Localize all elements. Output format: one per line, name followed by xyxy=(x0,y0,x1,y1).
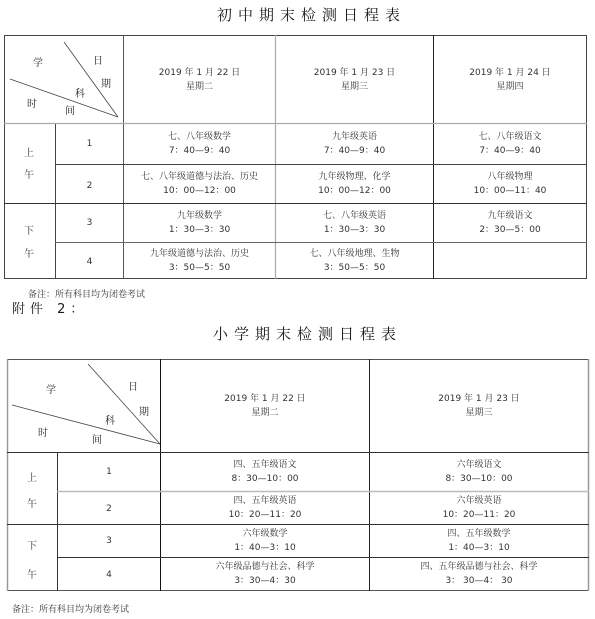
exam-time: 10：20—11：20 xyxy=(229,508,302,522)
exam-time: 3：30—4：30 xyxy=(234,574,295,588)
table2-date-header: 2019 年 1 月 22 日 星期二 xyxy=(161,360,369,452)
table2-date-header: 2019 年 1 月 23 日 星期三 xyxy=(370,360,588,452)
period-afternoon-2: 午 xyxy=(22,566,42,581)
exam-cell: 六年级语文 8：30—10：00 xyxy=(370,453,588,491)
exam-time: 3： 30—4： 30 xyxy=(445,574,512,588)
exam-subject: 六年级英语 xyxy=(456,494,501,508)
corner-label-time: 时 xyxy=(38,424,48,439)
corner-label-date2: 期 xyxy=(139,403,149,418)
corner-label-date: 日 xyxy=(128,378,138,393)
exam-cell: 六年级品德与社会、科学 3：30—4：30 xyxy=(161,558,369,590)
exam-time: 1：40—3：10 xyxy=(448,541,509,555)
slot-number: 1 xyxy=(58,453,160,491)
exam-time: 8：30—10：00 xyxy=(231,472,298,486)
exam-subject: 四、五年级英语 xyxy=(233,494,296,508)
exam-subject: 六年级品德与社会、科学 xyxy=(215,560,314,574)
exam-cell: 四、五年级数学 1：40—3：10 xyxy=(370,525,588,557)
period-afternoon-1: 下 xyxy=(22,537,42,552)
exam-subject: 六年级语文 xyxy=(456,458,501,472)
slot-number: 3 xyxy=(58,525,160,557)
date-label: 2019 年 1 月 22 日 xyxy=(224,392,305,406)
slot-number: 2 xyxy=(58,492,160,524)
exam-subject: 四、五年级品德与社会、科学 xyxy=(420,560,537,574)
exam-time: 1：40—3：10 xyxy=(234,541,295,555)
exam-subject: 六年级数学 xyxy=(242,527,287,541)
exam-cell: 四、五年级品德与社会、科学 3： 30—4： 30 xyxy=(370,558,588,590)
exam-time: 8：30—10：00 xyxy=(445,472,512,486)
exam-time: 10：20—11：20 xyxy=(443,508,516,522)
exam-subject: 四、五年级语文 xyxy=(233,458,296,472)
exam-cell: 六年级数学 1：40—3：10 xyxy=(161,525,369,557)
exam-cell: 四、五年级语文 8：30—10：00 xyxy=(161,453,369,491)
date-label: 2019 年 1 月 23 日 xyxy=(438,392,519,406)
exam-cell: 四、五年级英语 10：20—11：20 xyxy=(161,492,369,524)
corner-label-subject2: 科 xyxy=(105,412,115,427)
corner-label-time2: 间 xyxy=(92,431,102,446)
period-morning-2: 午 xyxy=(22,495,42,510)
slot-number: 4 xyxy=(58,558,160,590)
period-morning-1: 上 xyxy=(22,469,42,484)
weekday-label: 星期二 xyxy=(251,406,278,420)
corner-label-subject: 学 xyxy=(46,381,56,396)
exam-subject: 四、五年级数学 xyxy=(447,527,510,541)
table2-note: 备注：所有科目均为闭卷考试 xyxy=(12,602,129,615)
exam-cell: 六年级英语 10：20—11：20 xyxy=(370,492,588,524)
weekday-label: 星期三 xyxy=(465,406,492,420)
